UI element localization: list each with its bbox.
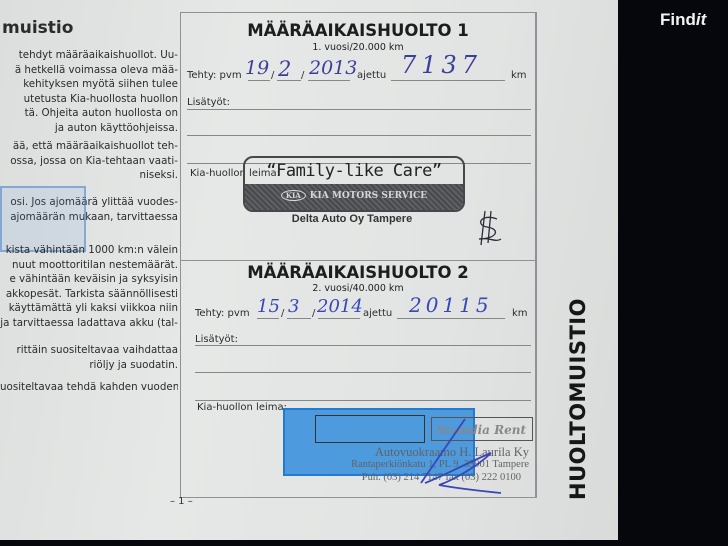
section-2-title: MÄÄRÄAIKAISHUOLTO 2 — [181, 263, 535, 282]
section-1-extra-label: Lisätyöt: — [187, 97, 230, 108]
section-2-distance-label: ajettu — [363, 308, 392, 319]
section-1-date-label: Tehty: pvm — [187, 70, 242, 81]
section-2-date-label: Tehty: pvm — [195, 308, 250, 319]
page-number: – 1 – — [170, 496, 193, 507]
kia-logo-icon: KIA — [281, 190, 306, 201]
paragraph-two-year: uositeltavaa tehdä kahden vuoden — [0, 380, 178, 395]
kia-service-stamp: “Family-like Care” KIAKIA MOTORS SERVICE — [243, 156, 465, 212]
signature-1 — [471, 209, 511, 249]
section-2-unit: km — [512, 308, 528, 319]
section-divider — [181, 260, 535, 261]
section-1-date-month: 2 — [278, 57, 291, 81]
section-2-distance-value: 20115 — [409, 293, 493, 317]
service-booklet-page: muistio tehdyt määräaikaishuollot. Uu- ä… — [0, 0, 618, 540]
section-1-date-year: 2013 — [309, 57, 357, 79]
section-1-distance-label: ajettu — [357, 70, 386, 81]
section-2-extra-label: Lisätyöt: — [195, 334, 238, 345]
section-2-date-day: 15 — [257, 296, 280, 317]
findit-watermark: Findit — [660, 10, 706, 30]
signature-2 — [381, 411, 511, 501]
paragraph-oil: rittäin suositeltavaa vaihdattaa riöljy … — [0, 343, 178, 372]
section-1-date-day: 19 — [245, 57, 269, 79]
stamp-brand: KIAKIA MOTORS SERVICE — [245, 184, 463, 210]
spine-title: HUOLTOMUISTIO — [566, 298, 590, 500]
stamp-slogan: “Family-like Care” — [245, 158, 463, 184]
section-2-date-month: 3 — [288, 296, 299, 317]
left-page-text: muistio tehdyt määräaikaishuollot. Uu- ä… — [0, 0, 180, 540]
section-2-date-year: 2014 — [317, 296, 363, 317]
stamp-company: Delta Auto Oy Tampere — [243, 213, 461, 225]
service-record-form: MÄÄRÄAIKAISHUOLTO 1 1. vuosi/20.000 km T… — [180, 12, 537, 498]
section-1-title: MÄÄRÄAIKAISHUOLTO 1 — [181, 21, 535, 40]
section-1-unit: km — [511, 70, 527, 81]
section-1-distance-value: 7137 — [401, 51, 482, 79]
paragraph-authorized: ää, että määräaikaishuollot teh- ossa, j… — [0, 139, 178, 183]
section-2-stamp-label: Kia-huollon leima: — [197, 402, 287, 413]
left-page-title: muistio — [2, 18, 73, 38]
paragraph-intro: tehdyt määräaikaishuollot. Uu- ä hetkell… — [0, 48, 178, 136]
paragraph-checks: kista vähintään 1000 km:n välein nuut mo… — [0, 243, 178, 331]
